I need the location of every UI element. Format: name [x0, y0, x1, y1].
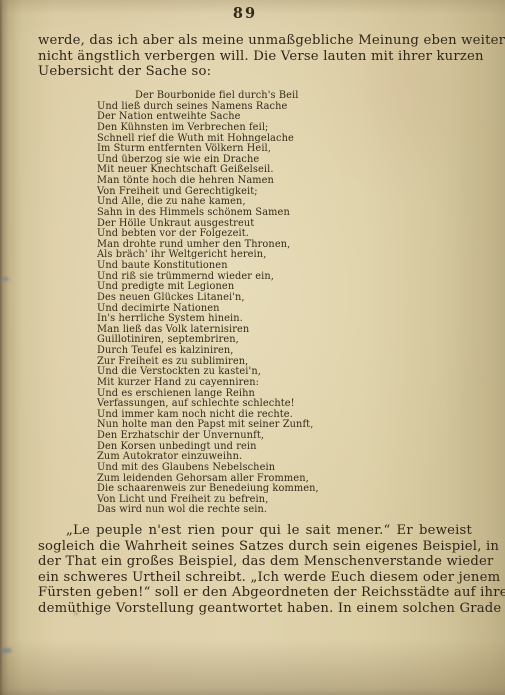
- poem-line: Mit kurzer Hand zu cayenniren:: [97, 378, 397, 389]
- paper-speck: [74, 612, 78, 615]
- paper-speck: [0, 648, 12, 653]
- paragraph-line: der That ein großes Beispiel, das dem Me…: [38, 554, 472, 570]
- opening-paragraph: werde, das ich aber als meine unmaßgebli…: [38, 33, 471, 80]
- poem-line: Des neuen Glückes Litanei'n,: [97, 293, 397, 304]
- paragraph-line: demüthige Vorstellung geantwortet haben.…: [38, 601, 472, 617]
- paragraph-line: nicht ängstlich verbergen will. Die Vers…: [38, 49, 471, 65]
- paragraph-line: werde, das ich aber als meine unmaßgebli…: [38, 33, 471, 49]
- paper-speck: [1, 277, 9, 281]
- poem-line: Sahn in des Himmels schönem Samen: [97, 208, 397, 219]
- book-page: 89 werde, das ich aber als meine unmaßge…: [0, 0, 505, 695]
- paragraph-line: sogleich die Wahrheit seines Satzes durc…: [38, 539, 472, 555]
- poem: Der Bourbonide fiel durch's BeilUnd ließ…: [97, 91, 397, 516]
- closing-paragraph: „Le peuple n'est rien pour qui le sait m…: [38, 523, 472, 617]
- paragraph-line: Fürsten geben!“ soll er den Abgeordneten…: [38, 585, 472, 601]
- page-number: 89: [0, 5, 490, 22]
- paragraph-line: „Le peuple n'est rien pour qui le sait m…: [38, 523, 472, 539]
- poem-line: Das wird nun wol die rechte sein.: [97, 505, 397, 516]
- paragraph-line: Uebersicht der Sache so:: [38, 64, 471, 80]
- poem-line: Den Kühnsten im Verbrechen feil;: [97, 123, 397, 134]
- poem-line: Und mit des Glaubens Nebelschein: [97, 463, 397, 474]
- paragraph-line: ein schweres Urtheil schreibt. „Ich werd…: [38, 570, 472, 586]
